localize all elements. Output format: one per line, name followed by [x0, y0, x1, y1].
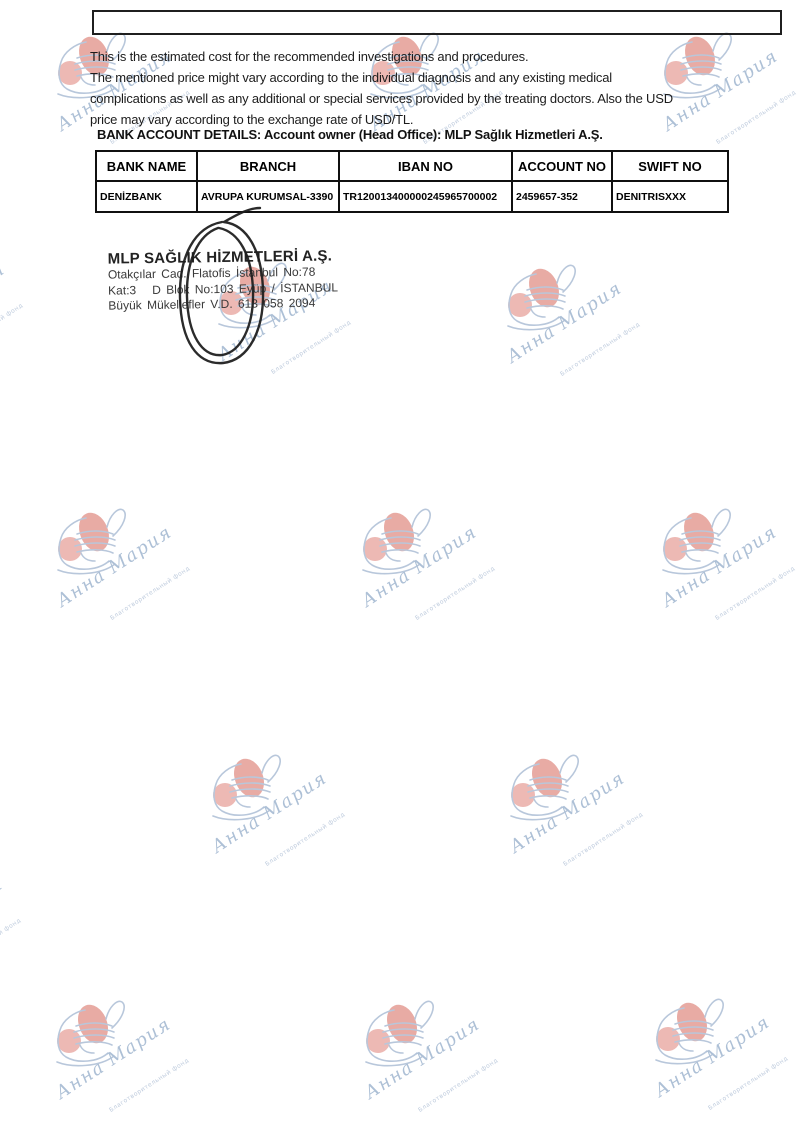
- watermark: Анна Мария Благотворительный фонд: [45, 506, 230, 638]
- watermark: Анна Мария Благотворительный фонд: [651, 30, 800, 162]
- watermark-script: Анна Мария: [0, 259, 9, 349]
- watermark: Анна Мария Благотворительный фонд: [643, 996, 800, 1128]
- table-header-bank-name: BANK NAME: [96, 151, 197, 181]
- table-header-branch: BRANCH: [197, 151, 339, 181]
- watermark: Анна Мария Благотворительный фонд: [350, 506, 535, 638]
- watermark-script: Анна Мария: [0, 874, 7, 964]
- document-page: { "top_box": { "value": "" }, "intro": {…: [0, 0, 800, 1132]
- watermark-subtext: Благотворительный фонд: [0, 917, 22, 974]
- watermark: Анна Мария Благотворительный фонд: [44, 998, 229, 1130]
- top-field-box: [92, 10, 782, 35]
- watermark-subtext: Благотворительный фонд: [0, 302, 24, 359]
- watermark: Анна Мария Благотворительный фонд: [650, 506, 800, 638]
- watermark: Анна Мария Благотворительный фонд: [0, 858, 61, 990]
- watermark: Анна Мария Благотворительный фонд: [353, 998, 538, 1130]
- table-header-row: BANK NAME BRANCH IBAN NO ACCOUNT NO SWIF…: [96, 151, 728, 181]
- table-header-swift-no: SWIFT NO: [612, 151, 728, 181]
- intro-paragraph: This is the estimated cost for the recom…: [90, 46, 673, 130]
- intro-line: The mentioned price might vary according…: [90, 67, 673, 88]
- table-cell-account-no: 2459657-352: [512, 181, 612, 212]
- table-header-iban-no: IBAN NO: [339, 151, 512, 181]
- intro-line: complications as well as any additional …: [90, 88, 673, 109]
- signature-stroke: [150, 193, 280, 388]
- table-cell-swift-no: DENITRISXXX: [612, 181, 728, 212]
- watermark: Анна Мария Благотворительный фонд: [200, 752, 385, 884]
- watermark: Анна Мария Благотворительный фонд: [498, 752, 683, 884]
- table-cell-iban-no: TR120013400000245965700002: [339, 181, 512, 212]
- watermark: Анна Мария Благотворительный фонд: [0, 243, 63, 375]
- bank-details-heading: BANK ACCOUNT DETAILS: Account owner (Hea…: [97, 127, 603, 142]
- table-header-account-no: ACCOUNT NO: [512, 151, 612, 181]
- watermark: Анна Мария Благотворительный фонд: [495, 262, 680, 394]
- intro-line: This is the estimated cost for the recom…: [90, 46, 673, 67]
